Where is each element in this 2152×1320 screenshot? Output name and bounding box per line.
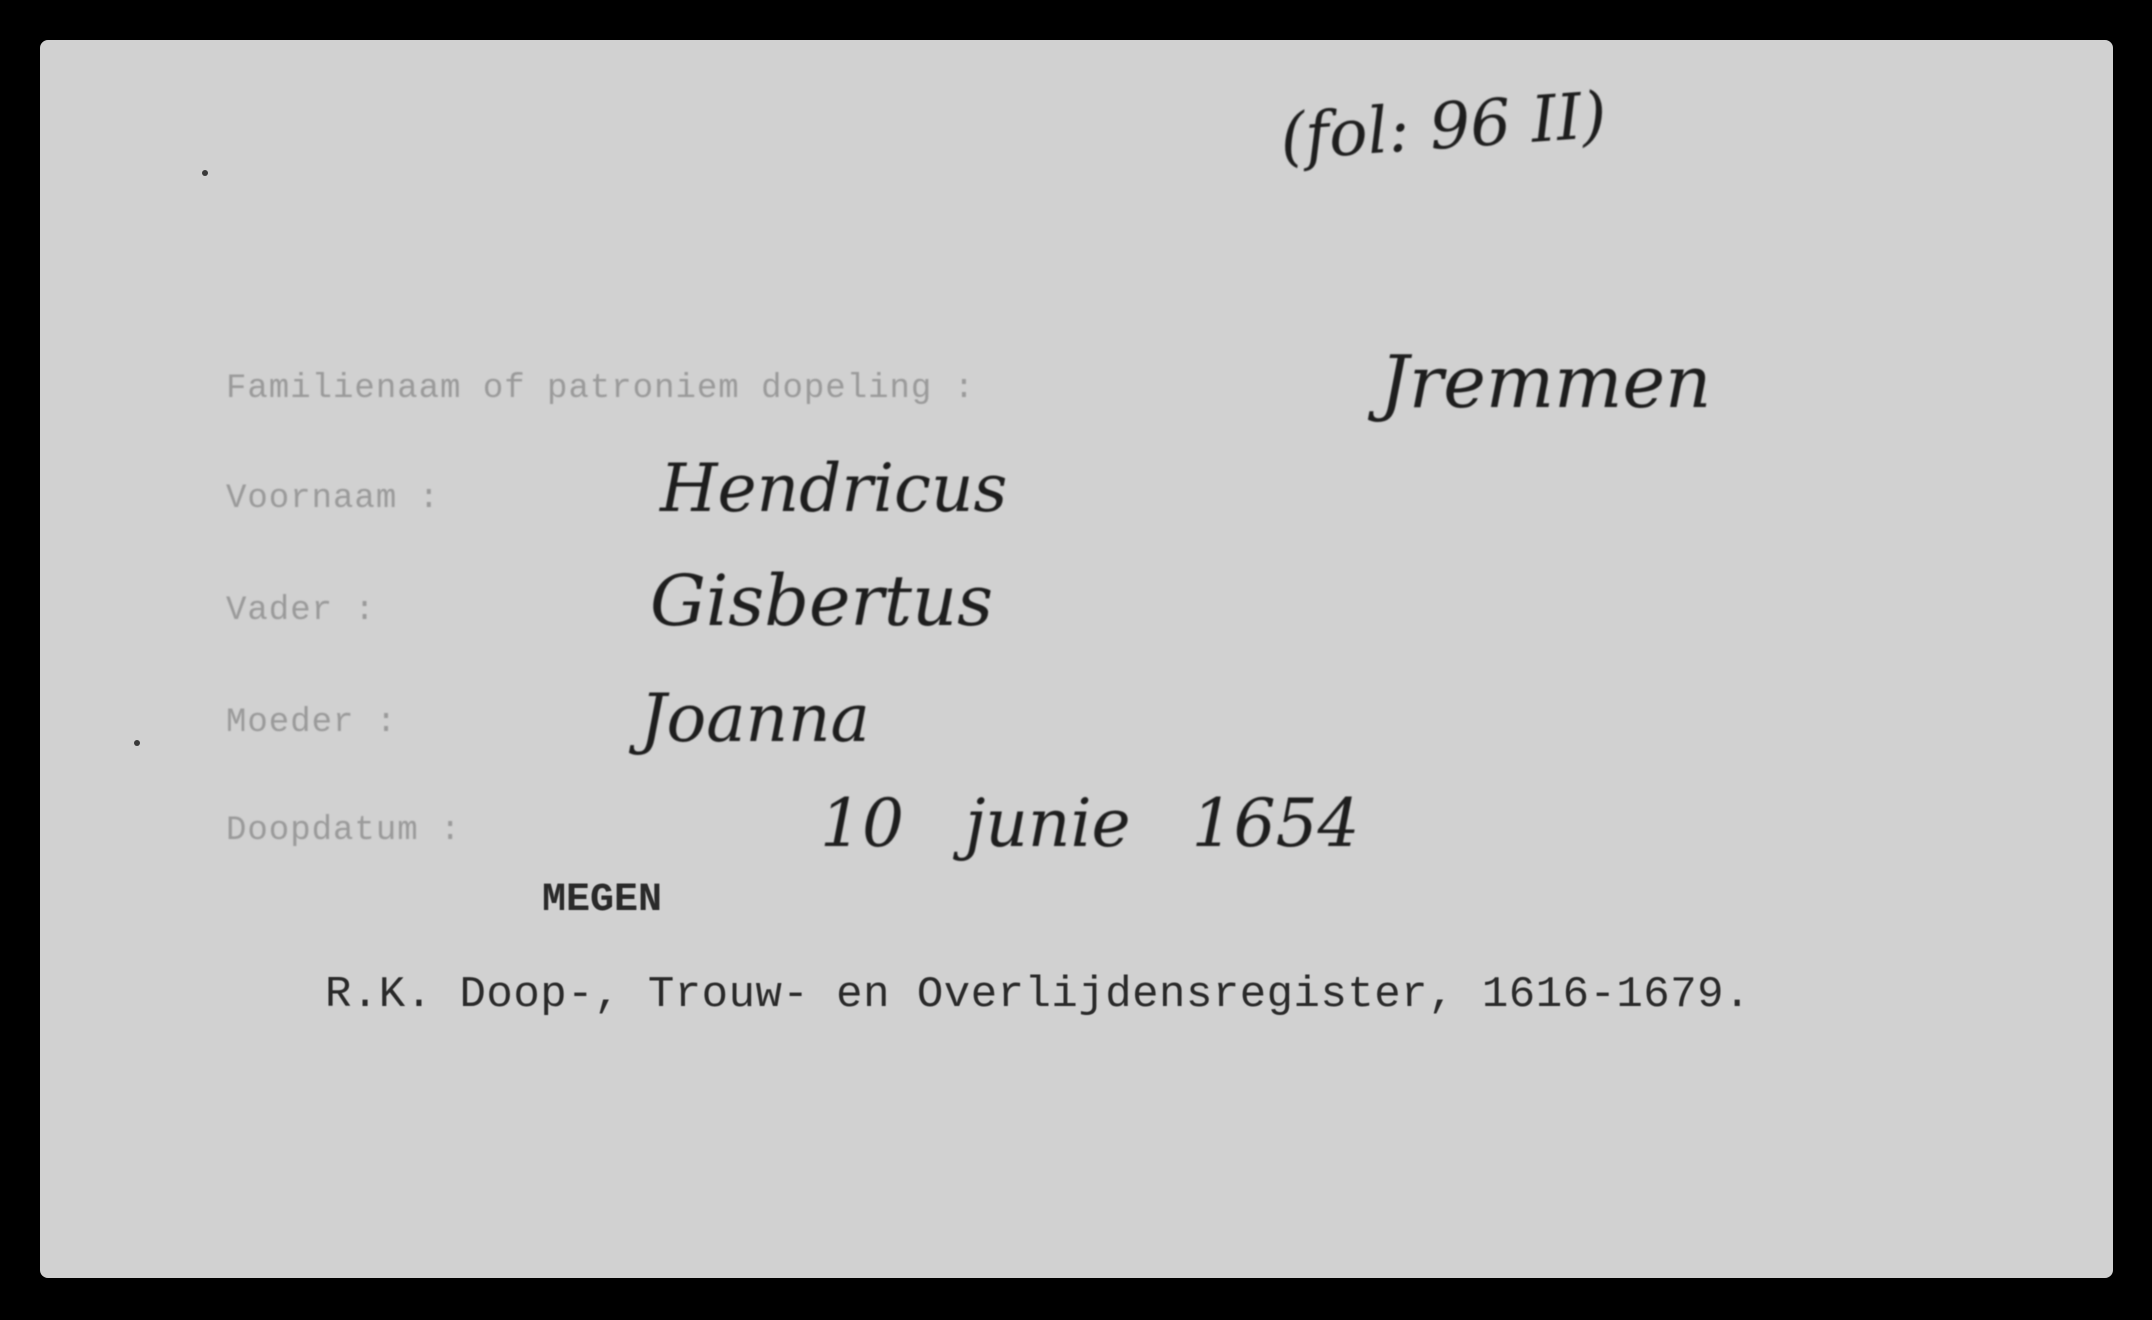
index-card: (fol: 96 II) Familienaam of patroniem do… [40,40,2113,1278]
source-register: R.K. Doop-, Trouw- en Overlijdensregiste… [325,970,1751,1020]
field-value-vader: Gisbertus [650,560,993,642]
field-label-voornaam: Voornaam : [226,480,440,518]
speck [134,740,140,746]
field-value-doopdatum: 10 junie 1654 [820,785,1360,862]
field-value-moeder: Joanna [640,680,870,757]
field-label-vader: Vader : [226,592,376,630]
place-name: MEGEN [542,878,662,923]
field-label-familienaam: Familienaam of patroniem dopeling : [226,370,975,408]
folio-reference: (fol: 96 II) [1278,79,1609,176]
speck [202,170,208,176]
field-label-doopdatum: Doopdatum : [226,812,461,850]
field-label-moeder: Moeder : [226,704,397,742]
field-value-voornaam: Hendricus [660,450,1007,527]
field-value-familienaam: Jremmen [1380,340,1711,424]
